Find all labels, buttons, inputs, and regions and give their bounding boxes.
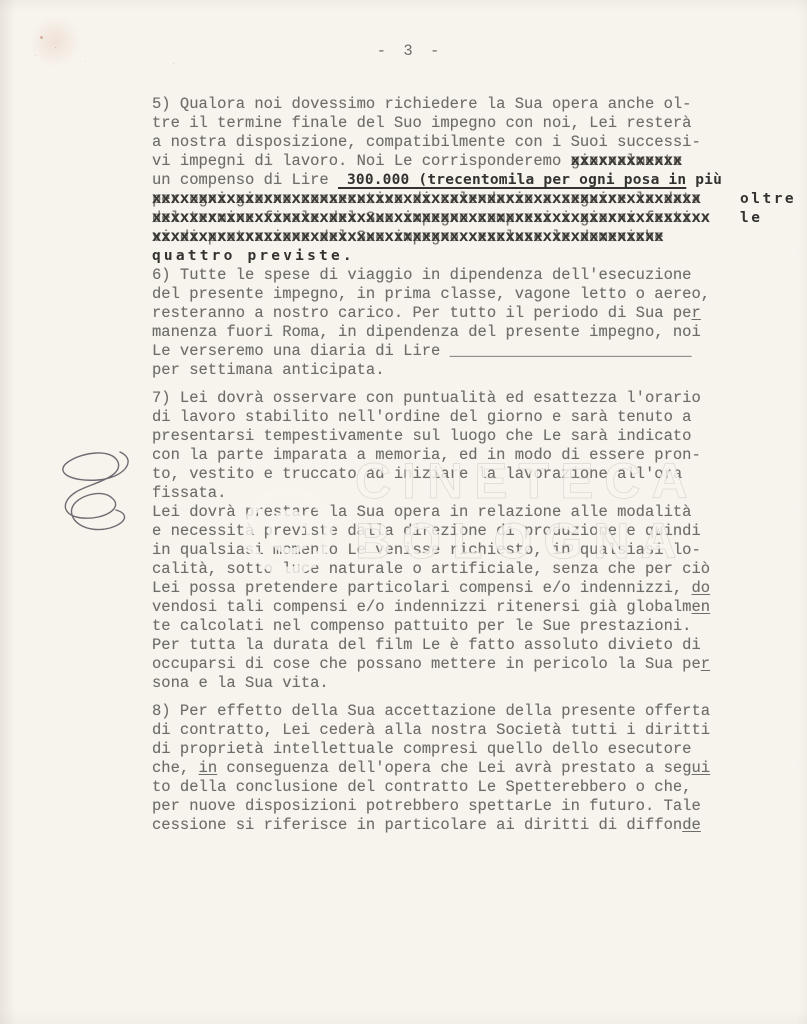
handwritten-scribble (38, 432, 148, 557)
contract-line: 5) Qualora noi dovessimo richiedere la S… (152, 95, 752, 114)
paper-stain (40, 36, 43, 39)
typed-amount: 300.000 (trecentomila per ogni posa in (338, 172, 686, 188)
margin-insertion: oltre (740, 190, 796, 209)
contract-line: di contratto, Lei cederà alla nostra Soc… (152, 721, 752, 740)
contract-line: tre il termine finale del Suo impegno co… (152, 114, 752, 133)
paragraph-6: 6) Tutte le spese di viaggio in dipenden… (152, 266, 752, 380)
contract-line: Lei dovrà prestare la Sua opera in relaz… (152, 503, 752, 522)
contract-line: 8) Per effetto della Sua accettazione de… (152, 702, 752, 721)
struck-line: vi di protrazione del Suo impegno esclus… (152, 228, 752, 247)
contract-line: resteranno a nostro carico. Per tutto il… (152, 304, 752, 323)
contract-line: Per tutta la durata del film Le è fatto … (152, 636, 752, 655)
blank-fill-line: __________________________ (450, 342, 692, 360)
paragraph-5: 5) Qualora noi dovessimo richiedere la S… (152, 95, 752, 266)
contract-body: 5) Qualora noi dovessimo richiedere la S… (152, 95, 752, 835)
struck-line: per ogni giorno consecutivo di calendari… (152, 190, 752, 209)
contract-line: quattro previste. (152, 247, 752, 266)
contract-line: fissata. (152, 484, 752, 503)
struck-line: del termine finale del Suo impegno compr… (152, 209, 752, 228)
contract-line: per nuove disposizioni potrebbero spetta… (152, 797, 752, 816)
contract-line: 6) Tutte le spese di viaggio in dipenden… (152, 266, 752, 285)
contract-line: vendosi tali compensi e/o indennizzi rit… (152, 598, 752, 617)
contract-line: te calcolati nel compenso pattuito per l… (152, 617, 752, 636)
contract-line-compensation: un compenso di Lire 300.000 (trecentomil… (152, 171, 752, 190)
struck-word: giornalmente (571, 152, 683, 171)
contract-line: di proprietà intellettuale compresi quel… (152, 740, 752, 759)
scanned-contract-page: - 3 - 5) Qualora noi dovessimo richieder… (0, 0, 807, 1024)
paragraph-7: 7) Lei dovrà osservare con puntualità ed… (152, 389, 752, 693)
contract-line: sona e la Sua vita. (152, 674, 752, 693)
typed-insertion: quattro previste. (152, 248, 355, 264)
contract-line: in qualsiasi momento Le venisse richiest… (152, 541, 752, 560)
contract-line: vi impegni di lavoro. Noi Le corrisponde… (152, 152, 752, 171)
contract-line: calità, sotto luce naturale o artificial… (152, 560, 752, 579)
contract-line: to della conclusione del contratto Le Sp… (152, 778, 752, 797)
contract-line: e necessità previste dalla direzione di … (152, 522, 752, 541)
contract-line: con la parte imparata a memoria, ed in m… (152, 446, 752, 465)
paragraph-8: 8) Per effetto della Sua accettazione de… (152, 702, 752, 835)
contract-line: presentarsi tempestivamente sul luogo ch… (152, 427, 752, 446)
contract-line: a nostra disposizione, compatibilmente c… (152, 133, 752, 152)
contract-line: 7) Lei dovrà osservare con puntualità ed… (152, 389, 752, 408)
contract-line: manenza fuori Roma, in dipendenza del pr… (152, 323, 752, 342)
page-number: - 3 - (150, 42, 670, 60)
contract-line: occuparsi di cose che possano mettere in… (152, 655, 752, 674)
contract-line-diaria: Le verseremo una diaria di Lire ________… (152, 342, 752, 361)
contract-line: Lei possa pretendere particolari compens… (152, 579, 752, 598)
margin-insertion: le (740, 209, 762, 228)
contract-line: per settimana anticipata. (152, 361, 752, 380)
contract-line: to, vestito e truccato ad iniziare la la… (152, 465, 752, 484)
contract-line: del presente impegno, in prima classe, v… (152, 285, 752, 304)
contract-line: di lavoro stabilito nell'ordine del gior… (152, 408, 752, 427)
contract-line: cessione si riferisce in particolare ai … (152, 816, 752, 835)
contract-line: che, in conseguenza dell'opera che Lei a… (152, 759, 752, 778)
